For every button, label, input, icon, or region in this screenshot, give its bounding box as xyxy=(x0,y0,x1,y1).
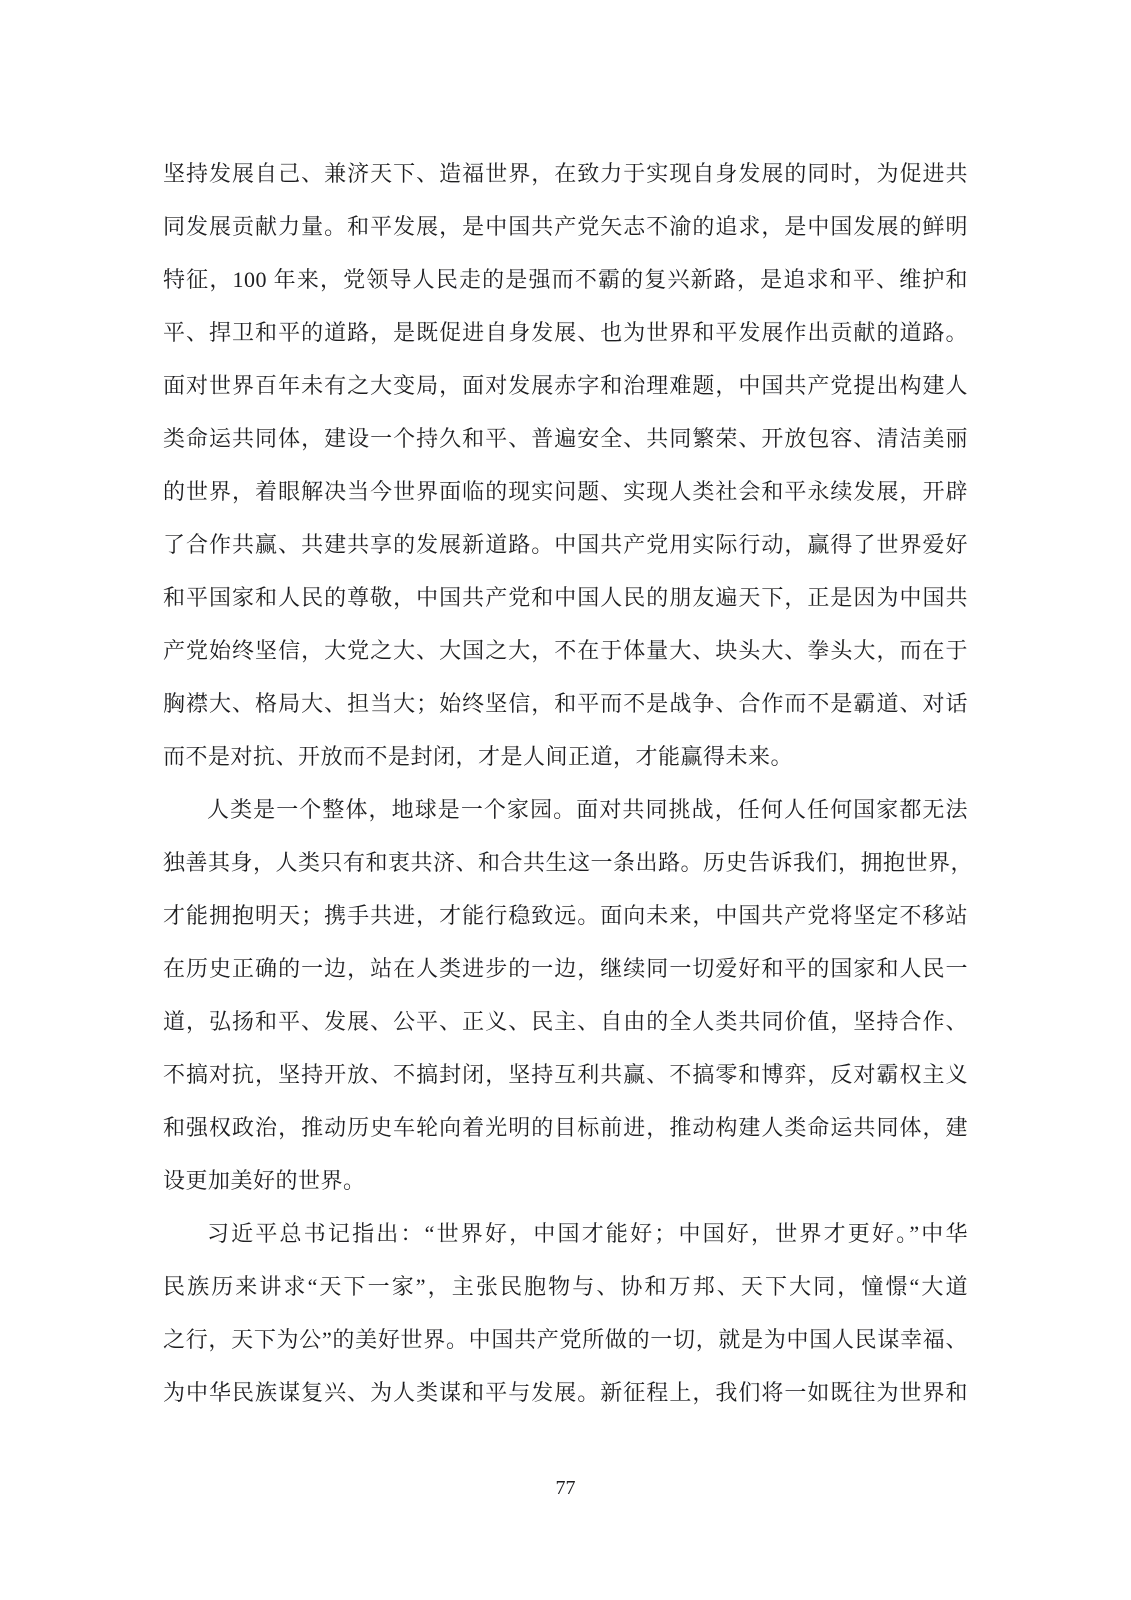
text-line-p2-l2: 独善其身，人类只有和衷共济、和合共生这一条出路。历史告诉我们，拥抱世界， xyxy=(163,836,968,889)
text-line-p2-l7: 和强权政治，推动历史车轮向着光明的目标前进，推动构建人类命运共同体，建 xyxy=(163,1101,968,1154)
text-line-p2-l6: 不搞对抗，坚持开放、不搞封闭，坚持互利共赢、不搞零和博弈，反对霸权主义 xyxy=(163,1048,968,1101)
text-line-p1-l8: 了合作共赢、共建共享的发展新道路。中国共产党用实际行动，赢得了世界爱好 xyxy=(163,518,968,571)
text-line-p3-l2: 民族历来讲求“天下一家”，主张民胞物与、协和万邦、天下大同，憧憬“大道 xyxy=(163,1260,968,1313)
text-line-p1-l11: 胸襟大、格局大、担当大；始终坚信，和平而不是战争、合作而不是霸道、对话 xyxy=(163,677,968,730)
text-line-p1-l10: 产党始终坚信，大党之大、大国之大，不在于体量大、块头大、拳头大，而在于 xyxy=(163,624,968,677)
text-line-p2-l1: 人类是一个整体，地球是一个家园。面对共同挑战，任何人任何国家都无法 xyxy=(163,783,968,836)
text-line-p2-l8: 设更加美好的世界。 xyxy=(163,1154,968,1207)
text-line-p2-l3: 才能拥抱明天；携手共进，才能行稳致远。面向未来，中国共产党将坚定不移站 xyxy=(163,889,968,942)
text-line-p1-l5: 面对世界百年未有之大变局，面对发展赤字和治理难题，中国共产党提出构建人 xyxy=(163,359,968,412)
text-line-p1-l1: 坚持发展自己、兼济天下、造福世界，在致力于实现自身发展的同时，为促进共 xyxy=(163,147,968,200)
body-text: 坚持发展自己、兼济天下、造福世界，在致力于实现自身发展的同时，为促进共同发展贡献… xyxy=(163,147,968,1419)
text-line-p3-l4: 为中华民族谋复兴、为人类谋和平与发展。新征程上，我们将一如既往为世界和 xyxy=(163,1366,968,1419)
text-line-p3-l3: 之行，天下为公”的美好世界。中国共产党所做的一切，就是为中国人民谋幸福、 xyxy=(163,1313,968,1366)
text-line-p1-l6: 类命运共同体，建设一个持久和平、普遍安全、共同繁荣、开放包容、清洁美丽 xyxy=(163,412,968,465)
text-line-p1-l7: 的世界，着眼解决当今世界面临的现实问题、实现人类社会和平永续发展，开辟 xyxy=(163,465,968,518)
text-line-p1-l4: 平、捍卫和平的道路，是既促进自身发展、也为世界和平发展作出贡献的道路。 xyxy=(163,306,968,359)
text-line-p1-l2: 同发展贡献力量。和平发展，是中国共产党矢志不渝的追求，是中国发展的鲜明 xyxy=(163,200,968,253)
text-line-p3-l1: 习近平总书记指出：“世界好，中国才能好；中国好，世界才更好。”中华 xyxy=(163,1207,968,1260)
text-line-p2-l4: 在历史正确的一边，站在人类进步的一边，继续同一切爱好和平的国家和人民一 xyxy=(163,942,968,995)
text-line-p2-l5: 道，弘扬和平、发展、公平、正义、民主、自由的全人类共同价值，坚持合作、 xyxy=(163,995,968,1048)
text-line-p1-l3: 特征，100 年来，党领导人民走的是强而不霸的复兴新路，是追求和平、维护和 xyxy=(163,253,968,306)
page-number: 77 xyxy=(0,1474,1131,1502)
text-line-p1-l12: 而不是对抗、开放而不是封闭，才是人间正道，才能赢得未来。 xyxy=(163,730,968,783)
text-line-p1-l9: 和平国家和人民的尊敬，中国共产党和中国人民的朋友遍天下，正是因为中国共 xyxy=(163,571,968,624)
document-page: 坚持发展自己、兼济天下、造福世界，在致力于实现自身发展的同时，为促进共同发展贡献… xyxy=(0,0,1131,1600)
